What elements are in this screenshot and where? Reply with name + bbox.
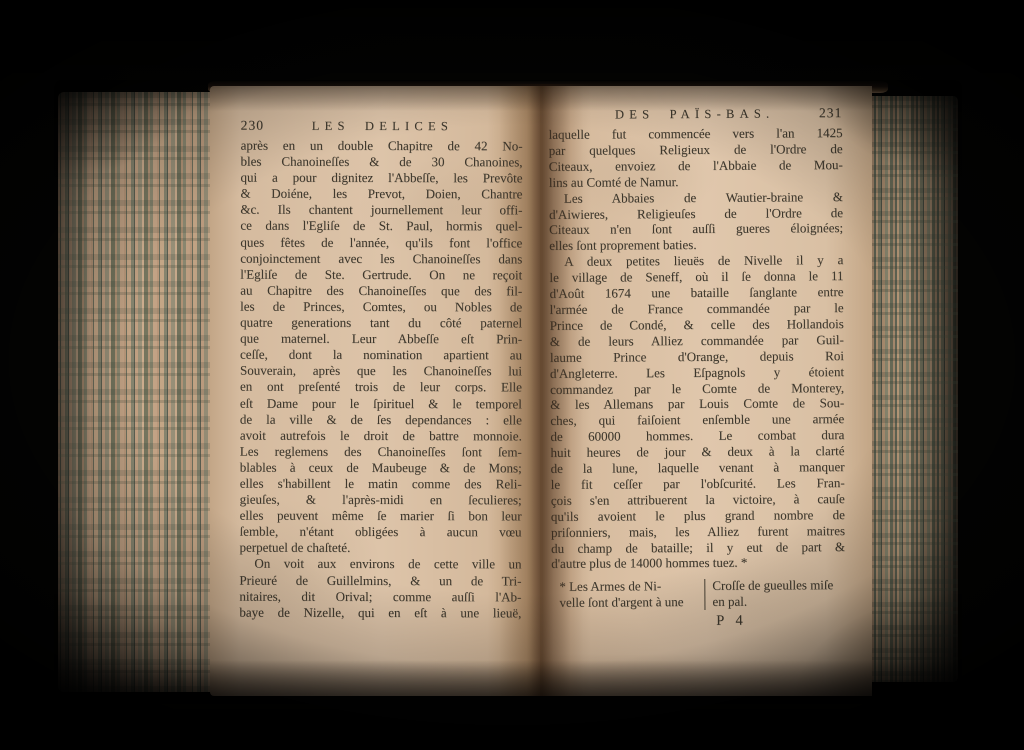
- left-page-text: 230 LES DELICES après en un double Chapi…: [239, 118, 522, 622]
- body-line: On voit aux environs de cette ville un: [239, 556, 521, 573]
- body-line: en pal.: [712, 593, 845, 610]
- body-line: par quelques Religieux de l'Ordre de: [549, 141, 843, 159]
- body-line: après en un double Chapitre de 42 No-: [241, 138, 523, 155]
- body-line: l'armée de France commandée par le: [550, 300, 844, 318]
- body-line: perpetuel de chaſteté.: [240, 540, 522, 557]
- body-line: de la lune, laquelle venant à manquer: [551, 459, 845, 477]
- body-line: d'Angleterre. Les Eſpagnols y étoient: [550, 364, 844, 382]
- body-line: Citeaux, envoiez de l'Abbaie de Mou-: [549, 157, 843, 175]
- body-line: en ont preſenté trois de leur corps. Ell…: [240, 379, 522, 396]
- body-line: ceſſe, dont la nomination apartient au: [240, 347, 522, 364]
- running-title-right: DES PAÏS-BAS.: [570, 106, 819, 123]
- body-line: l'Egliſe de Ste. Gertrude. On ne reçoit: [240, 266, 522, 283]
- body-line: ſemble, n'étant obligées à aucun vœu: [240, 524, 522, 541]
- body-line: elles peuvent même ſe marier ſi bon leur: [240, 508, 522, 525]
- body-line: & de leurs Alliez commandée par Guil-: [550, 332, 844, 350]
- body-line: les de Princes, Comtes, ou Nobles de: [240, 299, 522, 316]
- body-line: qui a pour dignitez l'Abbeſſe, les Prevô…: [240, 170, 522, 187]
- body-line: eſt Dame pour le ſpirituel & le temporel: [240, 395, 522, 412]
- body-line: priſonniers, mais, les Alliez furent mai…: [551, 523, 845, 541]
- body-line: elles s'habillent le matin comme des Rel…: [240, 476, 522, 493]
- photo-background: 230 LES DELICES après en un double Chapi…: [0, 0, 1024, 750]
- page-number-left: 230: [241, 118, 265, 134]
- body-line: & Doiéne, les Prevot, Doien, Chantre: [240, 186, 522, 203]
- open-book: 230 LES DELICES après en un double Chapi…: [58, 84, 958, 700]
- body-line: &c. Ils chantent journellement leur offi…: [240, 202, 522, 219]
- body-line: bles Chanoineſſes & de 30 Chanoines,: [241, 154, 523, 171]
- body-line: qu'ils avoient le plus grand nombre de: [551, 507, 845, 525]
- body-line: A deux petites lieuës de Nivelle il y a: [549, 252, 843, 270]
- right-page-lines: laquelle fut commencée vers l'an 1425par…: [549, 125, 846, 572]
- body-line: gieuſes, & l'après-midi en ſeculieres;: [240, 492, 522, 509]
- body-line: ches, qui faiſoient enſemble une armée: [550, 411, 844, 429]
- body-line: Souverain, après que les Chanoineſſes lu…: [240, 363, 522, 380]
- fore-edge-left: [58, 92, 212, 692]
- footnote-right-column: Croſſe de gueulles miſeen pal.: [712, 577, 845, 610]
- body-line: avoit autrefois le droit de battre monno…: [240, 427, 522, 444]
- running-title-left: LES DELICES: [264, 119, 501, 135]
- fore-edge-right: [872, 96, 958, 682]
- body-line: de 60000 hommes. Le combat dura: [550, 427, 844, 445]
- footnote-divider: [704, 579, 705, 610]
- body-line: blables à ceux de Maubeuge & de Mons;: [240, 460, 522, 477]
- body-line: ce dans l'Egliſe de St. Paul, hormis que…: [240, 218, 522, 235]
- body-line: Prieuré de Guillelmins, & un de Tri-: [239, 572, 521, 589]
- body-line: çois s'en attribuerent la victoire, à ca…: [551, 491, 845, 509]
- body-line: laume Prince d'Orange, depuis Roi: [550, 348, 844, 366]
- body-line: elles ſont proprement baties.: [549, 236, 843, 254]
- body-line: le fit ceſſer par l'obſcurité. Les Fran-: [551, 475, 845, 493]
- body-line: nitaires, dit Orival; comme auſſi l'Ab-: [239, 588, 521, 605]
- body-line: & les Allemans par Louis Comte de Sou-: [550, 396, 844, 414]
- body-line: du champ de bataille; il y eut de part &: [551, 539, 845, 557]
- body-line: Les reglemens des Chanoineſſes ſont ſem-: [240, 443, 522, 460]
- body-line: Prince de Condé, & celle des Hollandois: [550, 316, 844, 334]
- footnote: * Les Armes de Ni-velle ſont d'argent à …: [551, 577, 845, 611]
- body-line: velle ſont d'argent à une: [559, 594, 697, 611]
- body-line: Les Abbaies de Wautier-braine &: [549, 189, 843, 207]
- body-line: huit heures de jour & deux à la clarté: [550, 443, 844, 461]
- right-page-header: DES PAÏS-BAS. 231: [548, 105, 842, 123]
- body-line: au Chapitre des Chanoineſſes que des fil…: [240, 282, 522, 299]
- body-line: le village de Seneff, où il ſe donna le …: [549, 268, 843, 286]
- body-line: de la ville & de ſes dependances : elle: [240, 411, 522, 428]
- body-line: conjoinctement avec les Chanoineſſes dan…: [240, 250, 522, 267]
- signature-mark: P 4: [716, 612, 845, 630]
- body-line: lins au Comté de Namur.: [549, 173, 843, 191]
- footnote-left-column: * Les Armes de Ni-velle ſont d'argent à …: [551, 578, 697, 611]
- body-line: commandez par le Comte de Monterey,: [550, 380, 844, 398]
- left-page-header: 230 LES DELICES: [241, 118, 523, 135]
- body-line: d'autre plus de 14000 hommes tuez. *: [551, 555, 845, 573]
- body-line: Croſſe de gueulles miſe: [712, 577, 845, 594]
- body-line: quatre generations tant du côté paternel: [240, 315, 522, 332]
- body-line: Citeaux n'en ſont auſſi gueres éloignées…: [549, 221, 843, 239]
- body-line: laquelle fut commencée vers l'an 1425: [549, 125, 843, 143]
- body-line: d'Aiwieres, Religieuſes de l'Ordre de: [549, 205, 843, 223]
- right-page-text: DES PAÏS-BAS. 231 laquelle fut commencée…: [548, 105, 845, 631]
- body-line: * Les Armes de Ni-: [559, 578, 697, 595]
- body-line: que maternel. Leur Abbeſſe eſt Prin-: [240, 331, 522, 348]
- page-number-right: 231: [819, 105, 843, 121]
- body-line: baye de Nizelle, qui en eſt à une lieuë,: [239, 604, 521, 621]
- left-page-lines: après en un double Chapitre de 42 No-ble…: [239, 138, 522, 622]
- body-line: d'Août 1674 une bataille ſanglante entre: [549, 284, 843, 302]
- body-line: ques fêtes de l'année, qu'ils font l'off…: [240, 234, 522, 251]
